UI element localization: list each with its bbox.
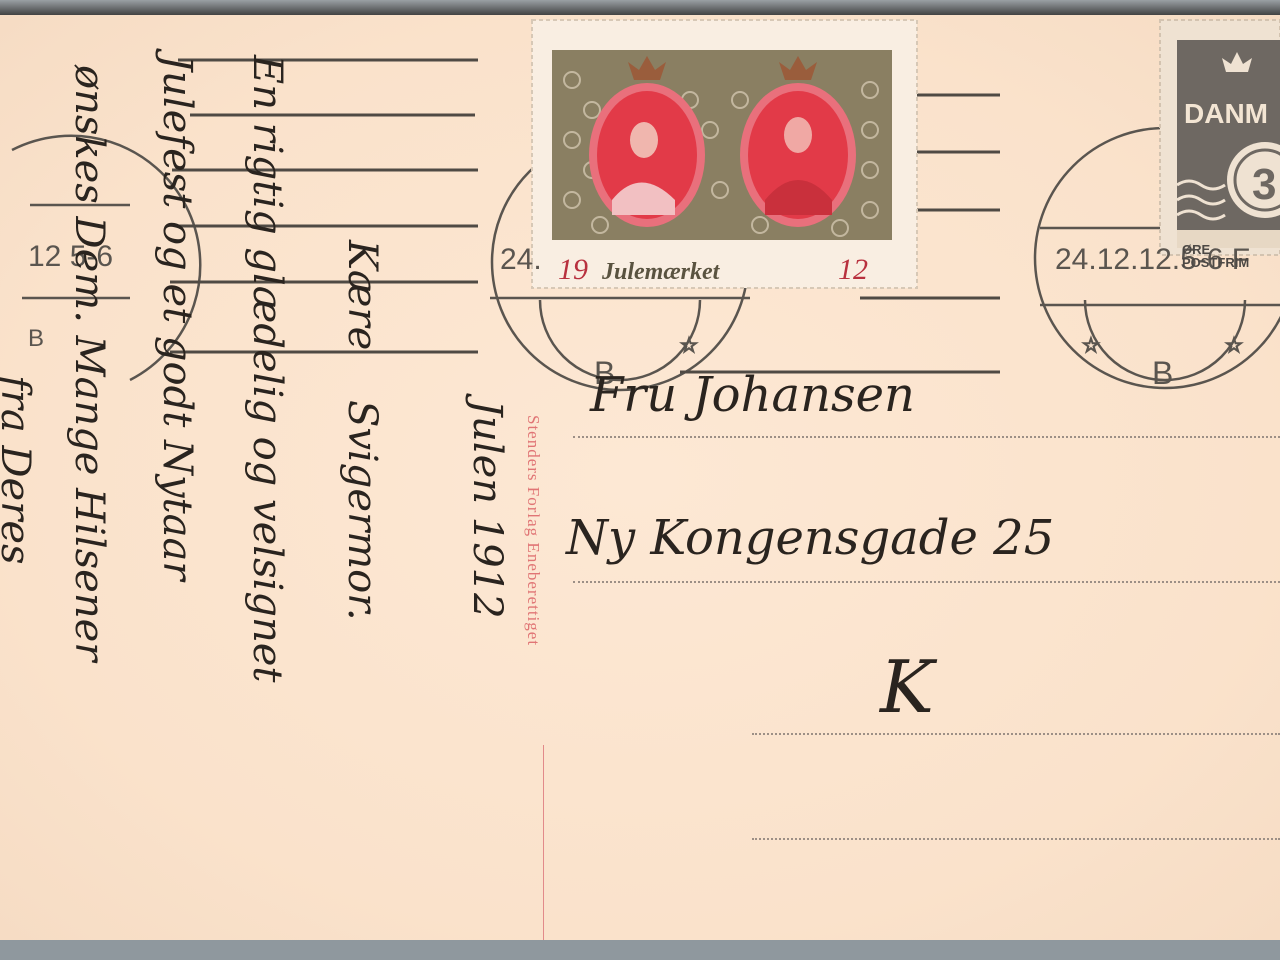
card-divider-line (543, 745, 544, 945)
postcard: ☆ ☆ ☆ (0, 15, 1280, 941)
seal-year-right: 12 (838, 253, 868, 287)
address-line-1 (573, 436, 1280, 438)
message-line-3: ønskes Dem. Mange Hilsener (66, 65, 112, 661)
photo-bottom-border (0, 940, 1280, 960)
address-recipient: Fru Johansen (590, 367, 915, 423)
seal-year-left: 19 (558, 253, 588, 287)
address-line-4 (752, 838, 1280, 840)
center-postmark-date: 24. (500, 243, 542, 277)
message-greeting: Kære (339, 240, 385, 350)
photo-top-border (0, 0, 1280, 16)
address-district: K (880, 645, 934, 729)
stamp-service: POSTFRIM (1182, 255, 1249, 270)
svg-text:☆: ☆ (1225, 333, 1243, 357)
cancellation-bars-left (170, 60, 478, 352)
message-dateline: Julen 1912 (464, 400, 510, 619)
right-postmark-letter: B (1152, 355, 1173, 392)
stamp-denomination: 3 (1252, 160, 1276, 210)
address-street: Ny Kongensgade 25 (566, 510, 1054, 566)
left-postmark-letter: B (28, 325, 44, 353)
message-signature: Hanne (0, 575, 6, 709)
svg-text:☆: ☆ (1082, 333, 1100, 357)
message-line-4: fra Deres (0, 375, 38, 565)
seal-label: Julemærket (602, 259, 719, 286)
publisher-imprint: Stenders Forlag Eneberettiget (523, 415, 543, 695)
message-salutation: Svigermor. (339, 400, 385, 621)
postage-stamp-icon (1160, 20, 1280, 255)
address-line-2 (573, 581, 1280, 583)
star-icon: ☆ (680, 333, 698, 357)
address-line-3 (752, 733, 1280, 735)
stamp-country: DANM (1184, 98, 1268, 130)
message-line-1: En rigtig glædelig og velsignet (244, 55, 290, 682)
message-line-2: Julefest og et godt Nytaar (154, 55, 200, 581)
christmas-seal-icon (532, 20, 917, 288)
